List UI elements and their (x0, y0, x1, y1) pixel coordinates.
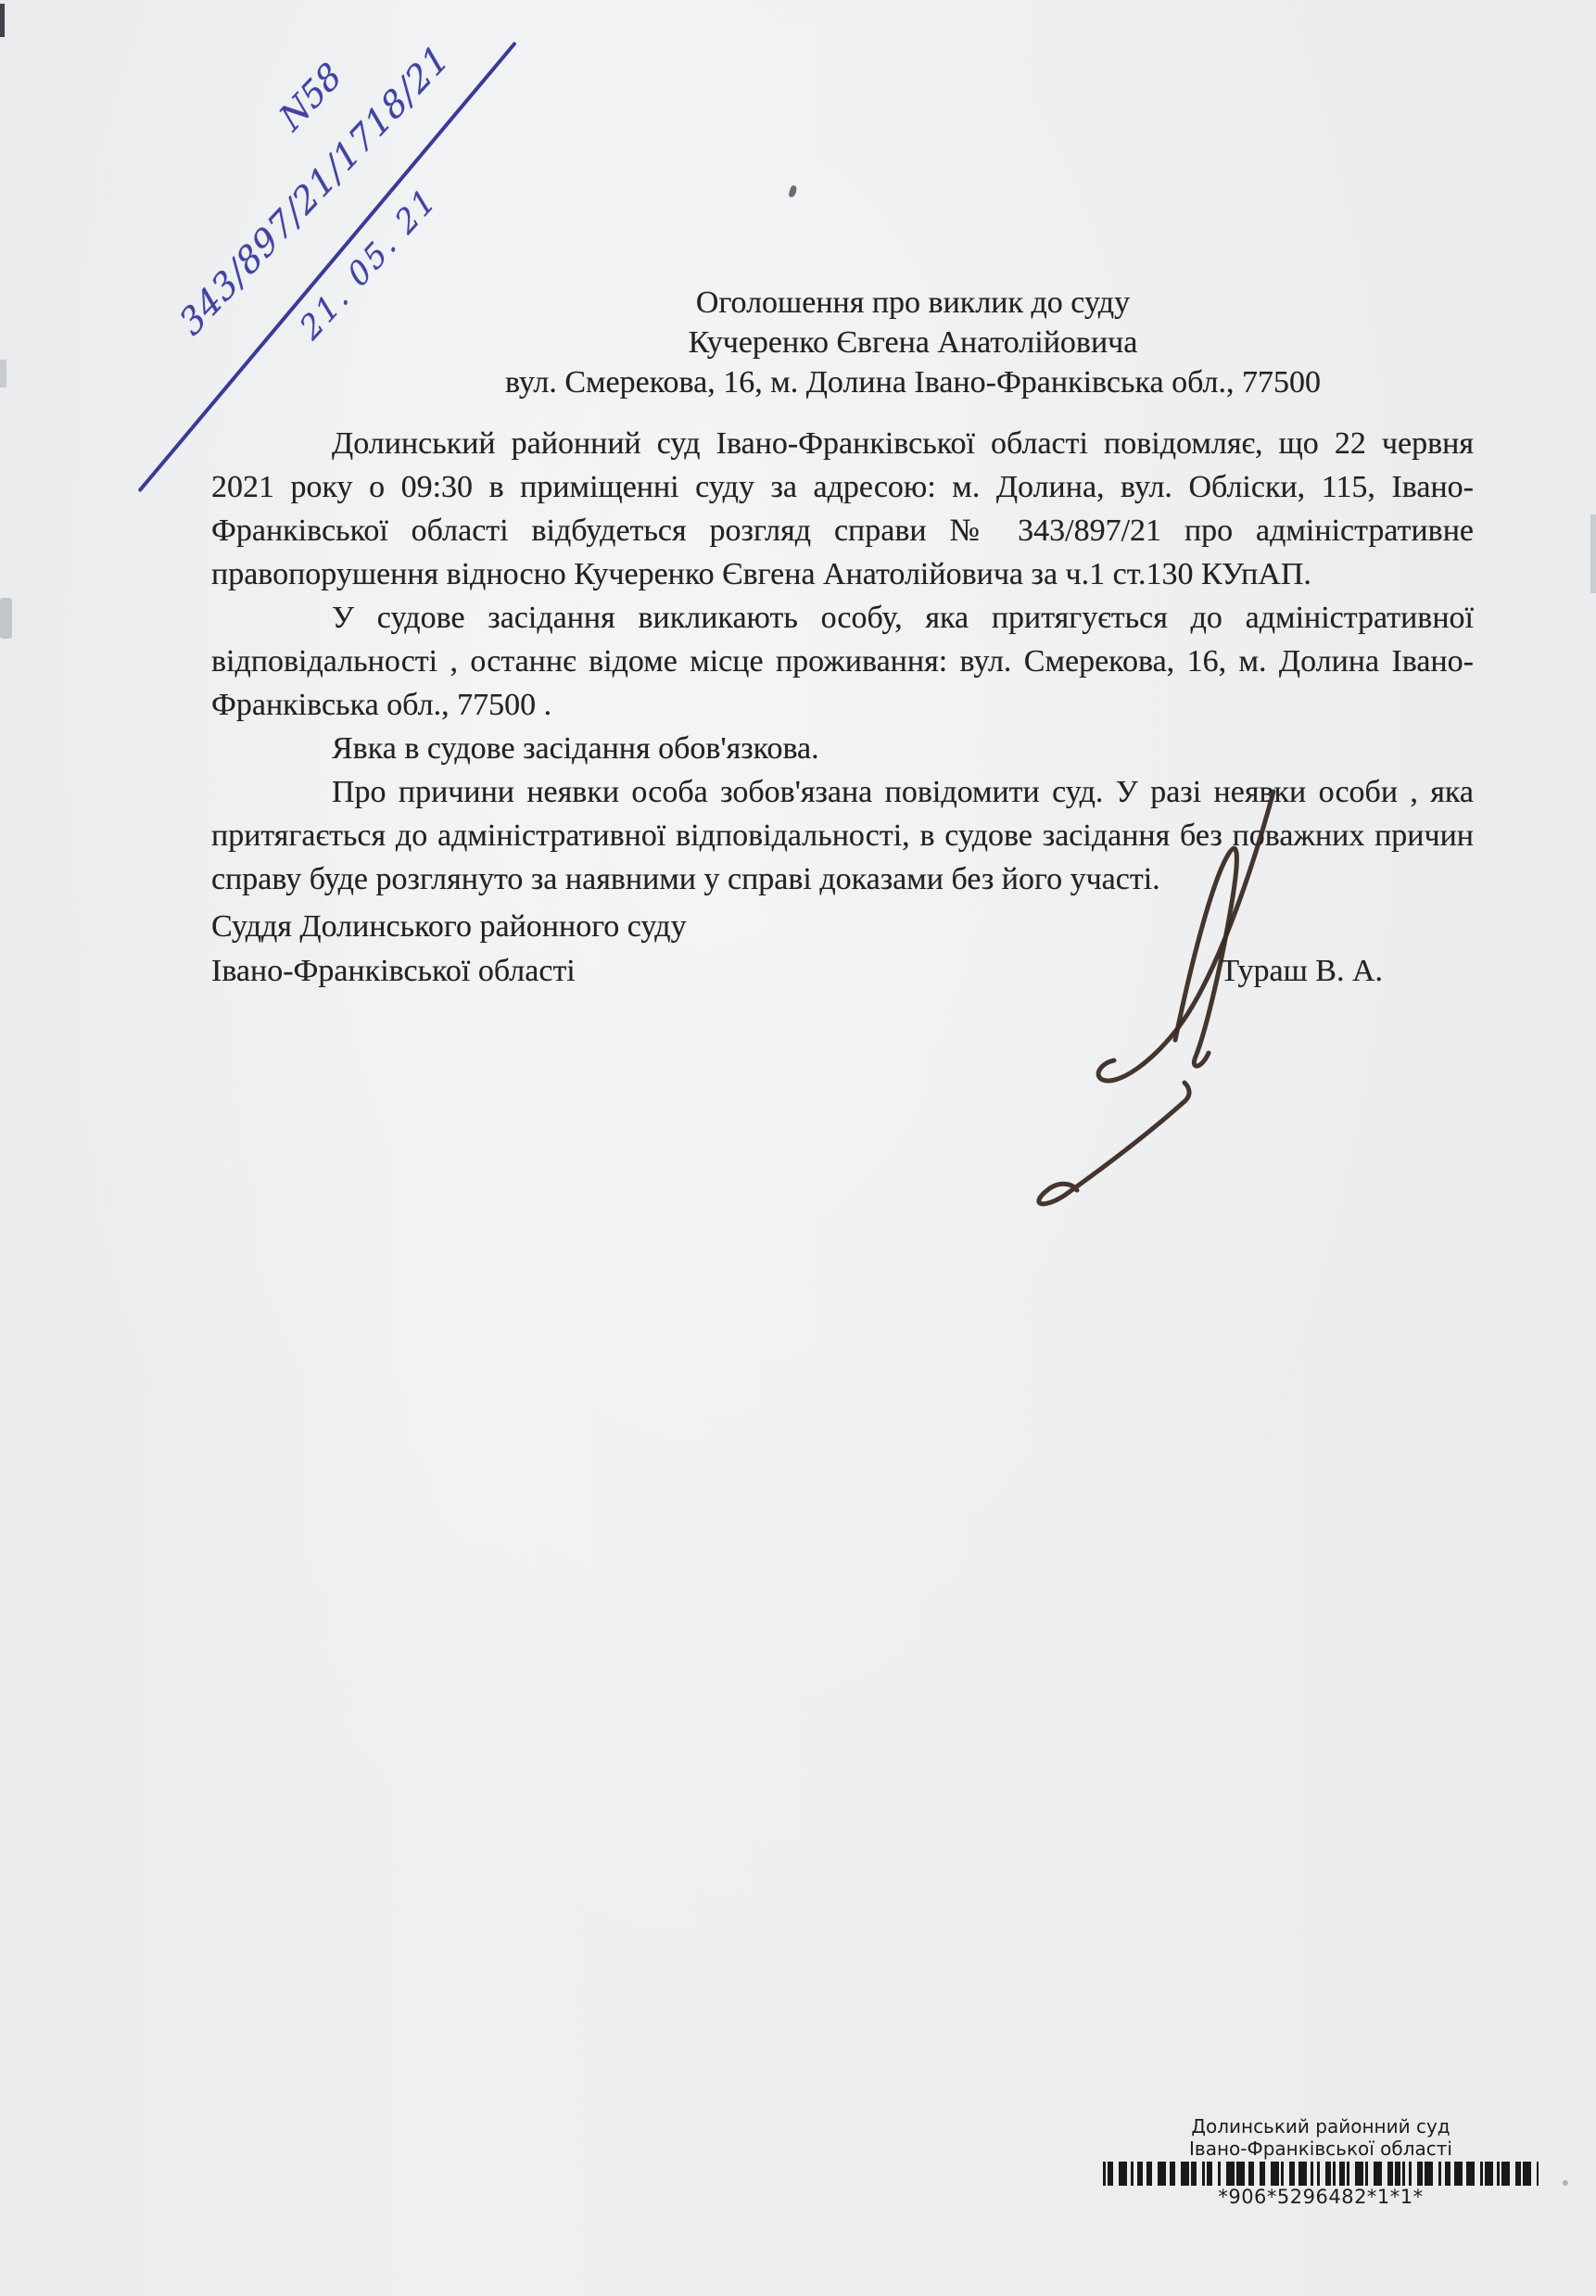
scan-artifact-left-2 (0, 598, 12, 639)
scan-artifact-right (1590, 514, 1596, 593)
footer-court-name-line1: Долинський районний суд (1103, 2115, 1539, 2137)
scan-artifact-speck (788, 184, 798, 198)
addressee-name: Кучеренко Євгена Анатолійовича (352, 323, 1474, 362)
handwritten-signature (1020, 779, 1298, 1233)
barcode (1103, 2162, 1539, 2186)
document-title: Оголошення про виклик до суду (352, 283, 1474, 323)
scanned-court-summons-page: N58 343/897/21/1718/21 21. 05. 21 Оголош… (0, 0, 1596, 2296)
addressee-address: вул. Смерекова, 16, м. Долина Івано-Фран… (352, 362, 1474, 402)
judge-role: Суддя Долинського районного суду Івано-Ф… (211, 905, 687, 994)
judge-role-line1: Суддя Долинського районного суду (211, 905, 687, 949)
document-header: Оголошення про виклик до суду Кучеренко … (352, 283, 1474, 402)
scan-artifact-top-left (0, 4, 5, 37)
court-stamp-footer: Долинський районний суд Івано-Франківськ… (1103, 2115, 1539, 2208)
paragraph-hearing-notice: Долинський районний суд Івано-Франківськ… (211, 422, 1474, 596)
footer-court-name-line2: Івано-Франківської області (1103, 2137, 1539, 2160)
paragraph-summoned-person: У судове засідання викликають особу, яка… (211, 596, 1474, 727)
judge-role-line2: Івано-Франківської області (211, 949, 687, 994)
paragraph-attendance: Явка в судове засідання обов'язкова. (211, 727, 1474, 770)
handwritten-incoming-number: N58 (272, 55, 349, 139)
barcode-value: *906*5296482*1*1* (1103, 2186, 1539, 2208)
scan-artifact-dot (1563, 2180, 1568, 2186)
scan-artifact-left-1 (0, 360, 6, 387)
